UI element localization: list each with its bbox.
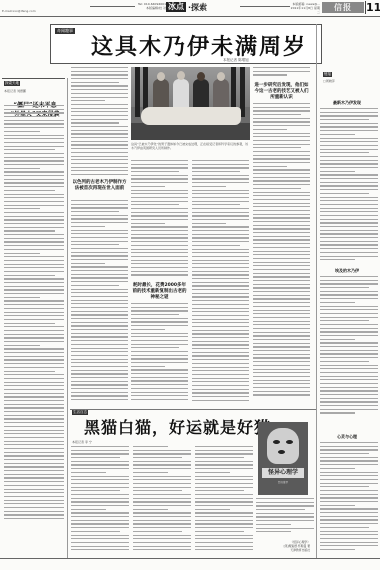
page-number: 11 [365,1,380,14]
sidebar-title-1: 最新木乃伊发现 [333,100,361,106]
masthead-tel: Tel: 010-64094001 本版编辑/校 对 [136,2,166,10]
main-subhead-2: 耗时最长，花费2000多年前的技术重新复制出古老的神秘之谜 [131,283,188,301]
main-subhead-3: 进一步研究后发现，他们如今这一古老的技艺又被人们所重新认识 [253,83,310,101]
masthead-rule-right [240,6,290,7]
sidebar-body-2 [320,276,378,416]
main-headline: 这具木乃伊未满周岁 [91,30,307,61]
section-logo: 冰点 ·探索 [166,2,207,12]
book-credit: 《怪异心理学》 [英]理查德·怀斯曼 著 天津教育出版社 [270,540,310,552]
sidebar-title-3: 心灵与心理 [337,434,357,440]
main-subhead-1: 以色列的古老木乃伊制作方法被首次再现在世人面前 [71,180,128,192]
photo-caption: 这具“已被木乃伊化”的男子遗体如今已被完成处理，正在接受记者和科学家们的参观，该… [131,142,250,150]
bottom-article-col1 [71,446,129,556]
bottom-article-col3 [195,446,253,556]
main-article-col2 [131,160,188,280]
book-cover-subtitle: 图书推荐 [262,480,304,484]
main-article-col4 [253,103,310,403]
main-article-col3 [192,160,249,405]
main-article-col2-bottom [131,303,188,405]
book-credit-publisher: 天津教育出版社 [270,548,310,552]
sidebar-title-2: 埃及的木乃伊 [335,268,359,274]
main-byline: 本报记者 陈增旭 [223,58,249,63]
mummy-photo [131,67,250,140]
masthead-rule-left [90,6,135,7]
sidebar-body-3 [320,442,378,555]
masthead-email: E-mail:xxx@ifeng.com [2,9,36,13]
book-cover-title: 怪异心理学 [262,468,304,478]
bottom-article-col4 [256,498,314,538]
bottom-article-col2 [133,446,191,556]
masthead: E-mail:xxx@ifeng.com Tel: 010-64094001 本… [0,0,380,17]
editor-text: 本版编辑/校 对 [136,6,166,10]
sidebar-kicker: 链接 [323,72,332,77]
bottom-headline: 黑猫白猫，好运就是好猫 [84,415,271,438]
bottom-byline: 本报记者 李 宁 [72,440,92,444]
main-article-col1-bottom [71,200,128,405]
headline-box: 奇闻趣事 这具木乃伊未满周岁 本报记者 陈增旭 [50,24,322,64]
left-feature-kicker: 探索天地 [4,81,20,86]
left-feature-byline: 本报记者 刘德鹏 [4,89,26,93]
section-logo-secondary: ·探索 [188,2,207,13]
left-feature-body [4,105,64,530]
book-cover-image: 怪异心理学 图书推荐 [258,422,308,495]
column-divider [67,78,68,558]
bottom-article-rule [70,409,316,410]
date-text: 2011年11月8日 星期二 [290,6,320,14]
main-article-col1-top [71,67,128,177]
page-bottom-rule [0,558,380,559]
sidebar-body-1 [320,108,378,263]
masthead-date-block: 本版邮箱: news@... 2011年11月8日 星期二 [290,2,320,14]
sidebar-byline: □周晓萍 [323,79,335,83]
newspaper-brand: 信报 [322,2,364,13]
headline-kicker: 奇闻趣事 [55,28,75,34]
sidebar-divider [316,24,317,558]
section-logo-primary: 冰点 [166,2,186,12]
newspaper-page: E-mail:xxx@ifeng.com Tel: 010-64094001 本… [0,0,380,570]
